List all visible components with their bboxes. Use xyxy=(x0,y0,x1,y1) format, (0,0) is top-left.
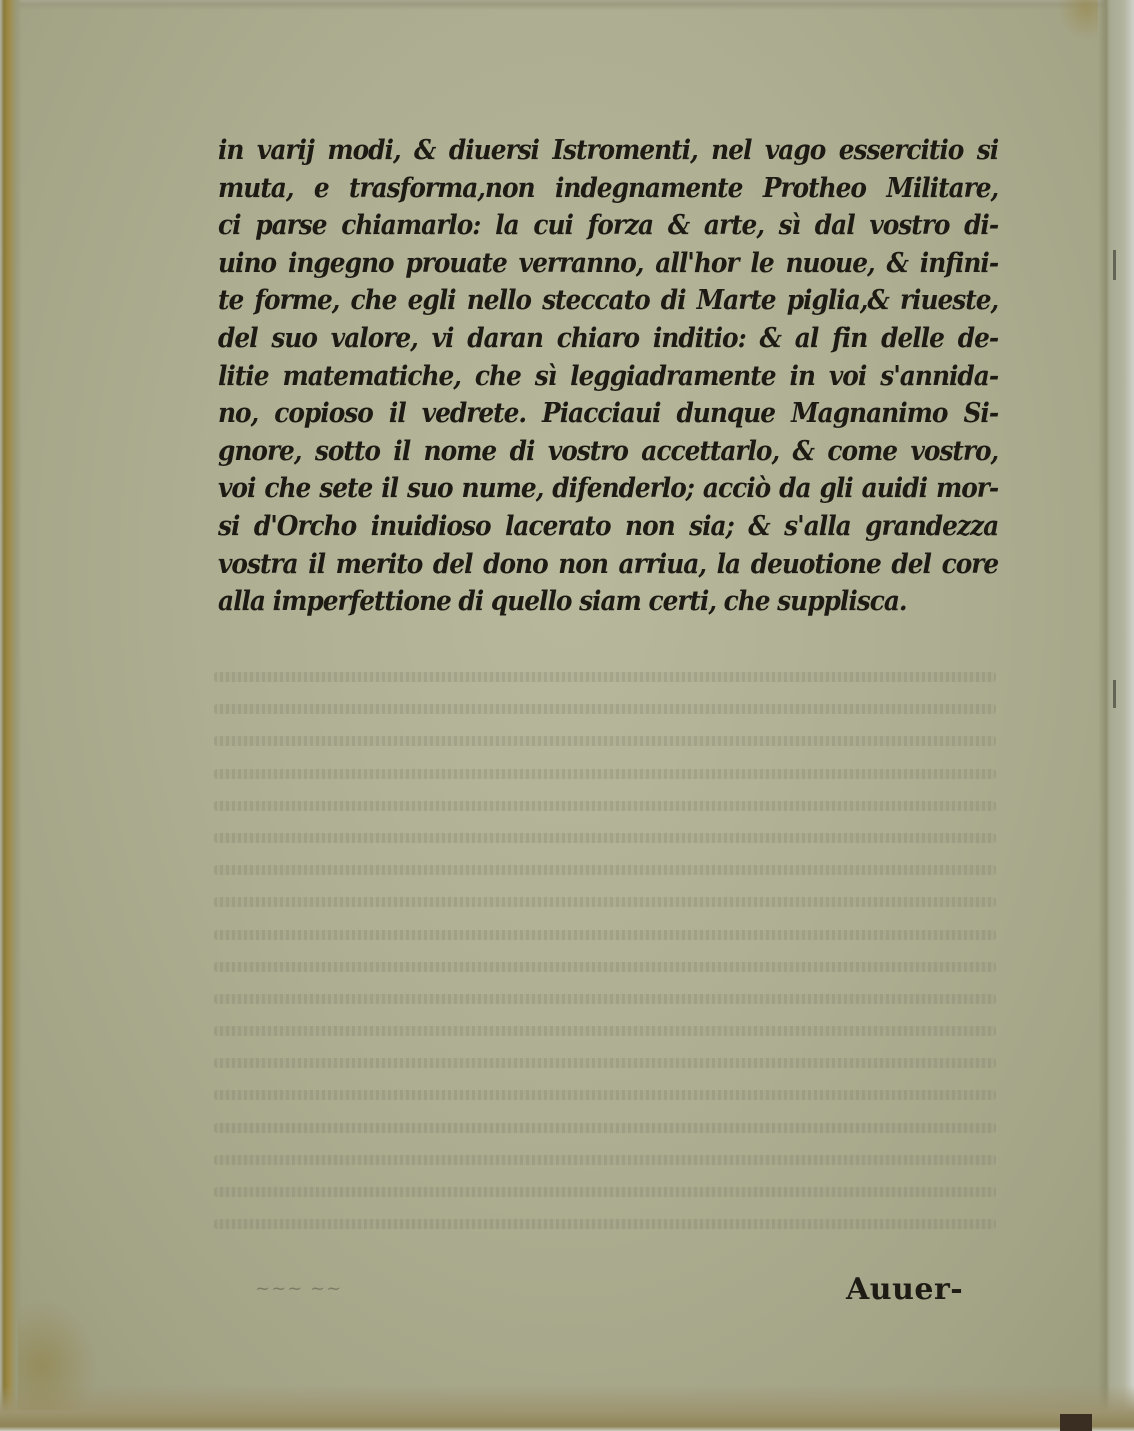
page-left-edge xyxy=(0,0,22,1431)
corner-stain-top-right xyxy=(1058,0,1098,40)
bleed-through-line xyxy=(210,821,1000,853)
margin-mark xyxy=(1113,680,1116,708)
page-right-edge xyxy=(1098,0,1134,1431)
bleed-through-line xyxy=(210,789,1000,821)
text-line: del suo valore, vi daran chiaro inditio:… xyxy=(218,320,998,358)
bleed-through-line xyxy=(210,982,1000,1014)
corner-stain xyxy=(18,1300,98,1410)
bleed-through-text xyxy=(210,660,1000,1239)
bleed-through-line xyxy=(210,853,1000,885)
text-line: si d'Orcho inuidioso lacerato non sia; &… xyxy=(218,508,998,546)
bleed-through-line xyxy=(210,660,1000,692)
bleed-through-line xyxy=(210,1111,1000,1143)
catchword: Auuer- xyxy=(846,1272,963,1307)
text-line: muta, e trasforma,non indegnamente Proth… xyxy=(218,170,998,208)
text-line: voi che sete il suo nume, difenderlo; ac… xyxy=(218,470,998,508)
text-line: in varij modi, & diuersi Istromenti, nel… xyxy=(218,132,998,170)
margin-mark xyxy=(1113,250,1116,280)
page-top-edge xyxy=(0,0,1134,10)
bleed-through-line xyxy=(210,757,1000,789)
text-line: no, copioso il vedrete. Piacciaui dunque… xyxy=(218,395,998,433)
text-line: litie matematiche, che sì leggiadramente… xyxy=(218,358,998,396)
bleed-through-line xyxy=(210,1143,1000,1175)
text-line: gnore, sotto il nome di vostro accettarl… xyxy=(218,433,998,471)
bleed-through-line xyxy=(210,918,1000,950)
text-line-last: alla imperfettione di quello siam certi,… xyxy=(218,583,998,621)
bleed-through-line xyxy=(210,1046,1000,1078)
text-line: vostra il merito del dono non arriua, la… xyxy=(218,546,998,584)
faint-signature-mark: ~~~ ~~ xyxy=(255,1278,342,1299)
text-line: te forme, che egli nello steccato di Mar… xyxy=(218,282,998,320)
page-bottom-edge xyxy=(0,1385,1134,1431)
text-line: uino ingegno prouate verranno, all'hor l… xyxy=(218,245,998,283)
bleed-through-line xyxy=(210,885,1000,917)
bleed-through-line xyxy=(210,950,1000,982)
bleed-through-line xyxy=(210,1078,1000,1110)
bleed-through-line xyxy=(210,724,1000,756)
scanned-page: in varij modi, & diuersi Istromenti, nel… xyxy=(0,0,1134,1431)
main-text-block: in varij modi, & diuersi Istromenti, nel… xyxy=(218,132,998,621)
text-line: ci parse chiamarlo: la cui forza & arte,… xyxy=(218,207,998,245)
bleed-through-line xyxy=(210,1207,1000,1239)
bleed-through-line xyxy=(210,1014,1000,1046)
bleed-through-line xyxy=(210,1175,1000,1207)
bleed-through-line xyxy=(210,692,1000,724)
binding-mark xyxy=(1060,1414,1092,1431)
